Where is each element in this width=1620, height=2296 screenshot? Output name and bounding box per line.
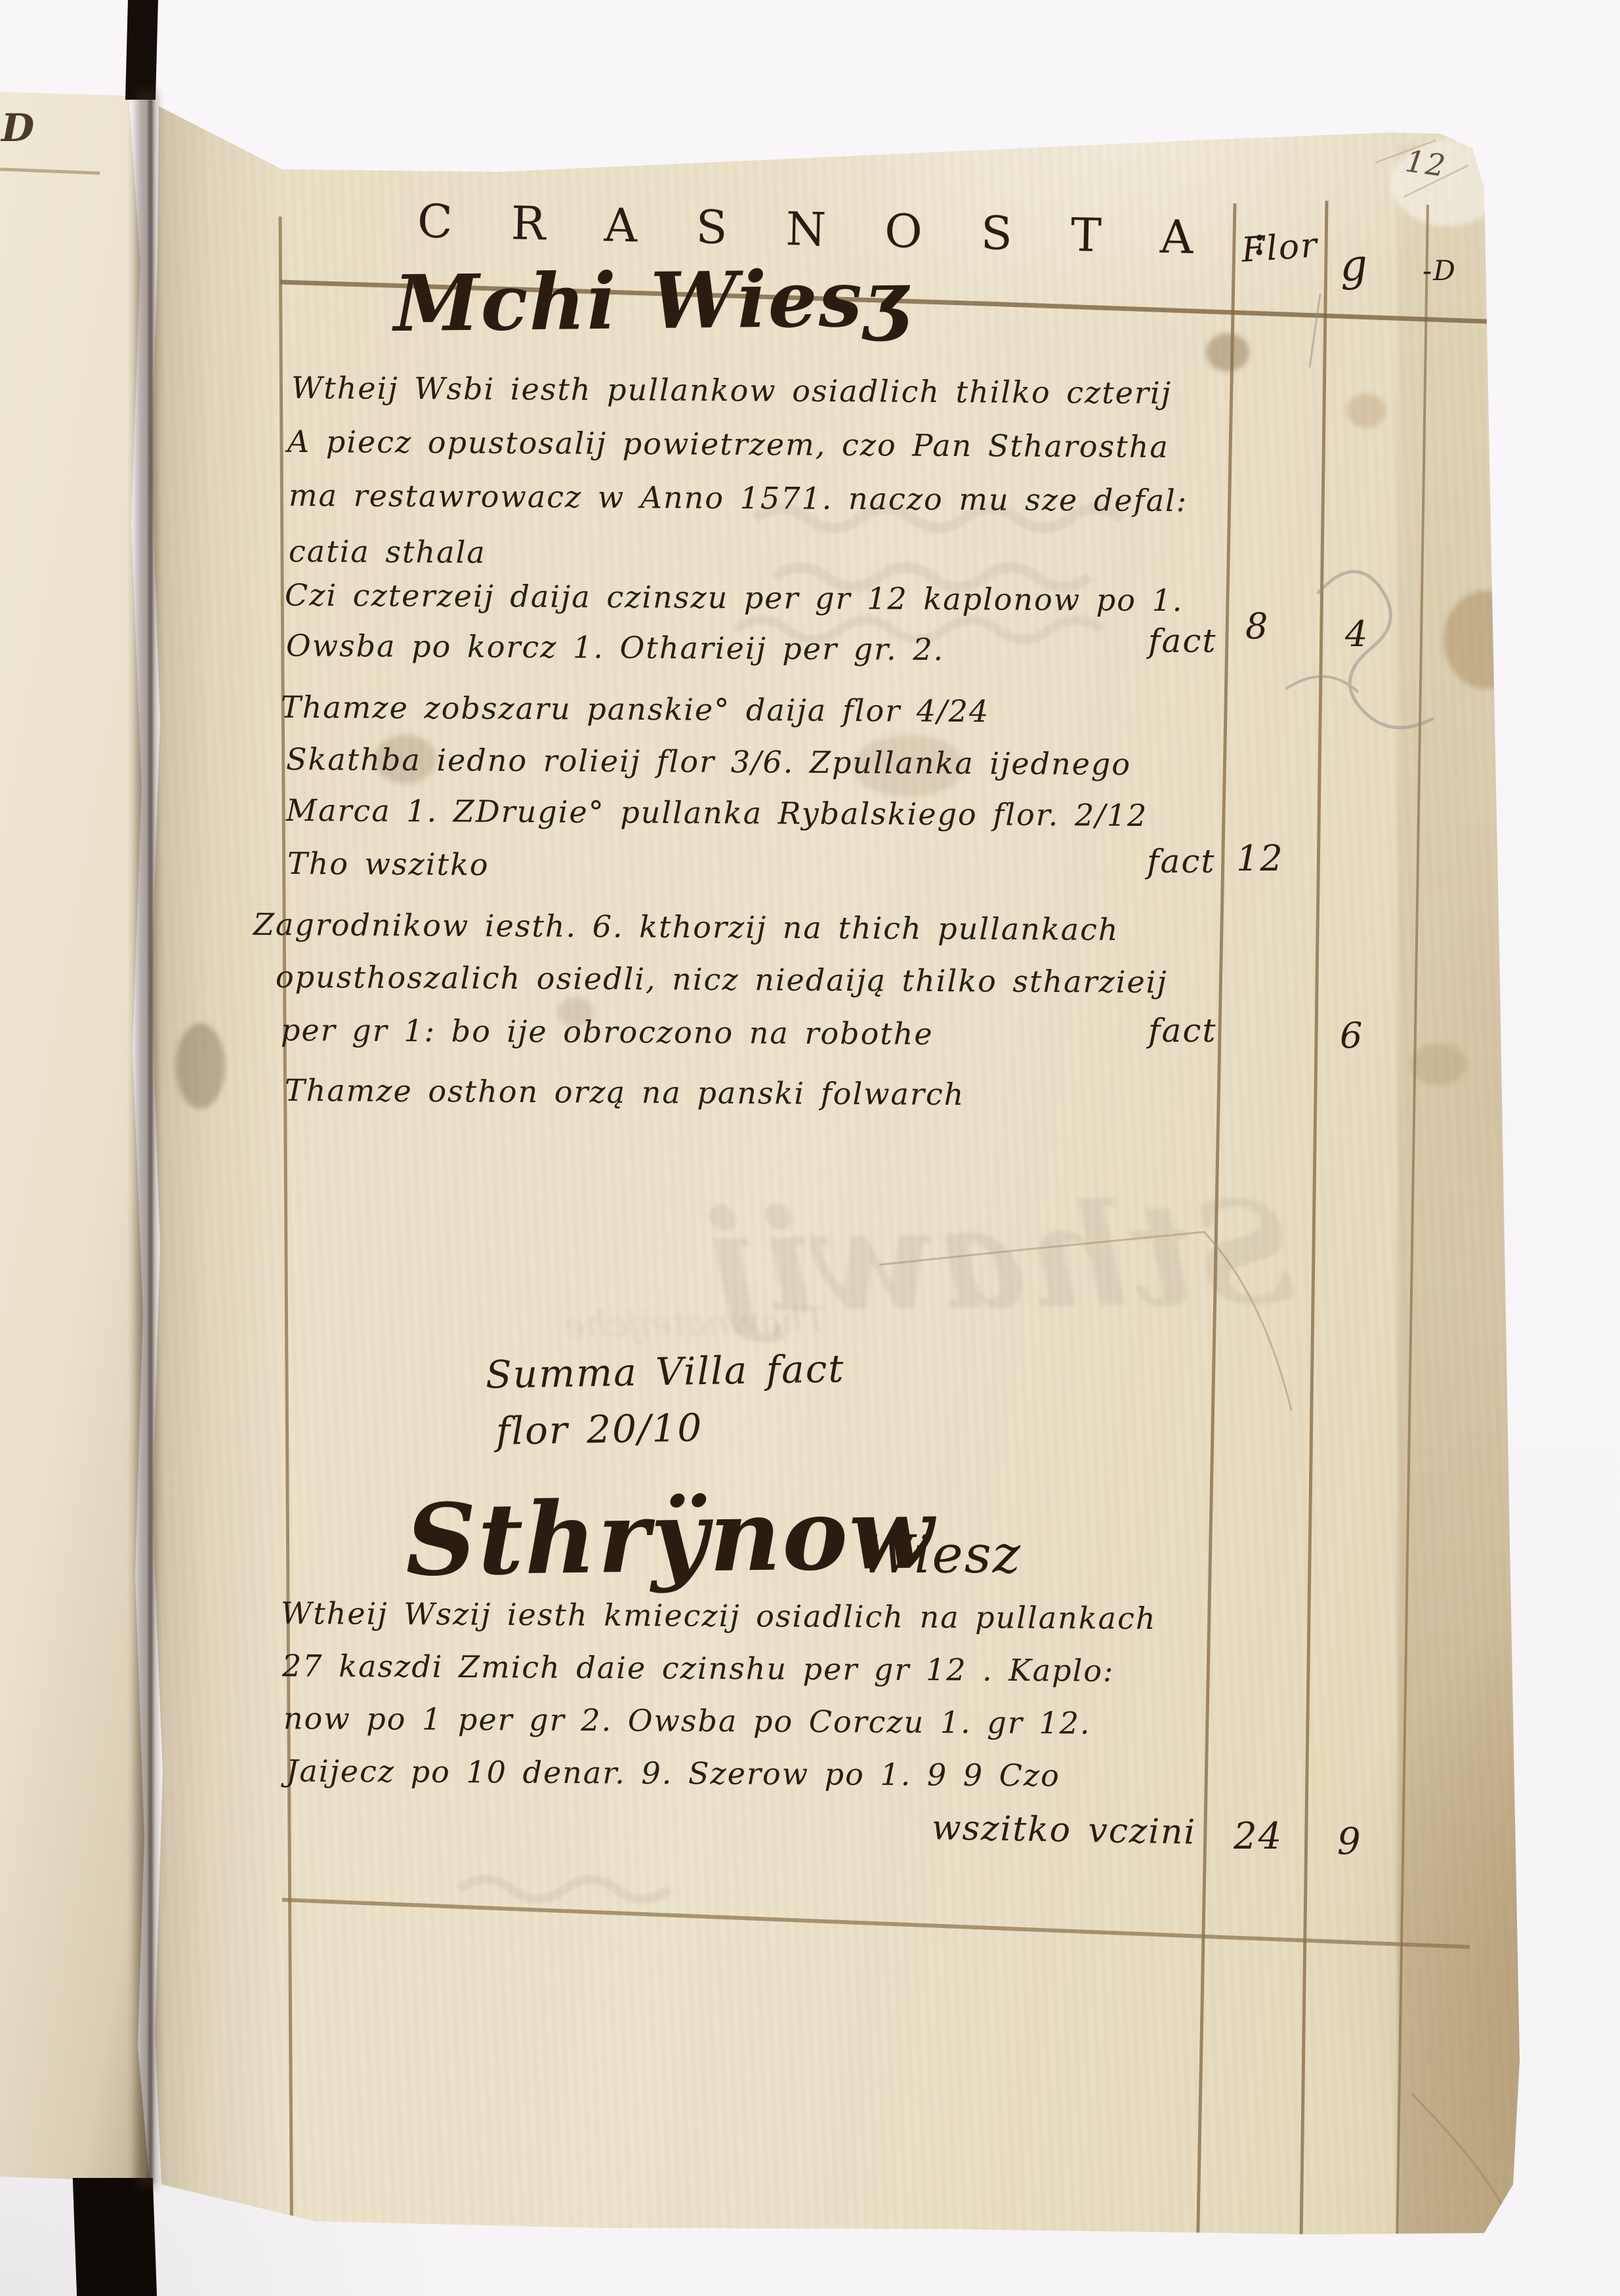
verso-page-stub — [0, 92, 159, 2184]
scanned-manuscript: D Sthawij Thawnateijche — [0, 0, 1620, 2296]
v1-p2-line: Owsba po korcz 1. Otharieij per gr. 2. — [286, 630, 944, 665]
column-header-grossus: g — [1339, 243, 1370, 288]
v1-p4-grossus-value: 6 — [1340, 1018, 1363, 1054]
v1-p4-fact-label: fact — [1148, 1014, 1216, 1047]
v2-total-label: wszitko vczini — [932, 1811, 1197, 1849]
v2-p1-line: 27 kaszdi Zmich daie czinshu per gr 12 .… — [282, 1650, 1115, 1686]
v1-p4-line: Zagrodnikow iesth. 6. kthorzij na thich … — [253, 909, 1119, 945]
margin-rule — [280, 216, 292, 2296]
village2-heading-suffix: Wiesz — [860, 1528, 1022, 1581]
v1-summa-line2: flor 20/10 — [496, 1408, 703, 1450]
v1-p3-line: Tho wszitko — [287, 848, 489, 880]
column-rule-grossus — [1300, 201, 1327, 2296]
corner-crease — [1412, 2094, 1517, 2236]
v2-p1-line: Jaijecz po 10 denar. 9. Szerow po 1. 9 9… — [286, 1755, 1060, 1790]
v2-total-flor-value: 24 — [1234, 1818, 1283, 1855]
pencil-scribbles — [1286, 294, 1434, 728]
v2-total-grossus-value: 9 — [1337, 1824, 1362, 1860]
v1-p1-line: A piecz opustosalij powietrzem, czo Pan … — [287, 426, 1169, 462]
v1-p1-line: catia sthala — [289, 536, 486, 567]
v1-p2-grossus-value: 4 — [1345, 617, 1369, 652]
v1-p5-line: Thamze osthon orzą na panski folwarch — [285, 1075, 965, 1109]
column-rule-flor — [1197, 203, 1235, 2296]
v2-p1-line: Wtheij Wszij iesth kmieczij osiadlich na… — [281, 1598, 1157, 1633]
v1-p1-line: ma restawrowacz w Anno 1571. naczo mu sz… — [289, 480, 1188, 516]
v1-p3-line: Skathba iedno rolieij flor 3/6. Zpullank… — [286, 744, 1131, 779]
section-end-rule — [282, 1900, 1470, 1947]
v1-p3-line: Marca 1. ZDrugie° pullanka Rybalskiego f… — [286, 795, 1148, 830]
column-header-denar: -D — [1423, 257, 1457, 285]
v1-p2-fact-label: fact — [1148, 625, 1216, 657]
crease-line — [879, 1232, 1291, 1410]
v1-p4-line: opusthoszalich osiedli, nicz niedaiją th… — [276, 962, 1168, 997]
column-header-flor: Flor — [1240, 228, 1319, 268]
v1-p2-flor-value: 8 — [1245, 609, 1269, 644]
binding-strip-top — [125, 0, 158, 100]
v1-p3-line: Thamze zobszaru panskie° daija flor 4/24 — [281, 692, 989, 727]
v1-summa-line1: Summa Villa fact — [486, 1349, 845, 1394]
column-rule-denar — [1396, 205, 1428, 2296]
binding-strip-bottom — [73, 2178, 157, 2296]
v2-p1-line: now po 1 per gr 2. Owsba po Corczu 1. gr… — [283, 1703, 1091, 1738]
v1-p3-fact-label: fact — [1147, 845, 1215, 878]
village1-heading: Mchi Wiesʒ — [393, 260, 909, 342]
v1-p1-line: Wtheij Wsbi iesth pullankow osiadlich th… — [291, 373, 1172, 408]
village2-heading: Sthrÿnow — [405, 1484, 936, 1589]
folio-number: 12 — [1403, 146, 1448, 181]
v1-p3-flor-value: 12 — [1236, 841, 1284, 876]
v1-p2-line: Czi czterzeij daija czinszu per gr 12 ka… — [285, 580, 1184, 615]
manuscript-page: Sthawij Thawnateijche — [0, 0, 1620, 2296]
gutter-crack-line — [148, 98, 153, 2184]
gutter-crack-shadow — [136, 91, 156, 2186]
v1-p4-line: per gr 1: bo ije obroczono na robothe — [281, 1015, 934, 1049]
